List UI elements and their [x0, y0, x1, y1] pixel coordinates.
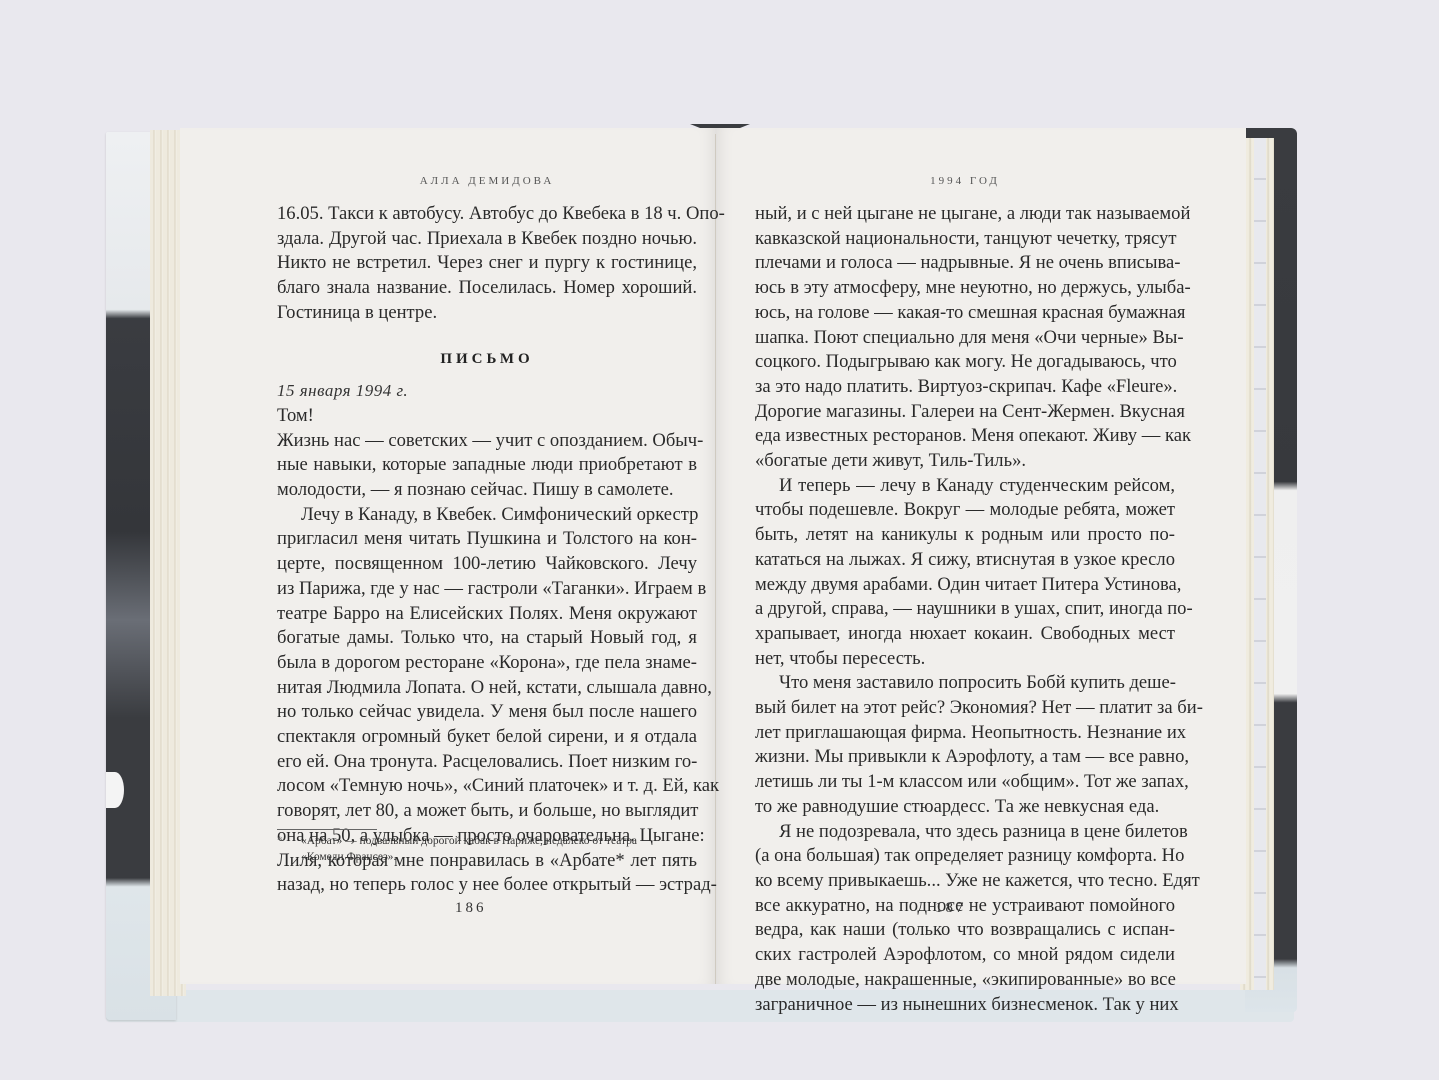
- endpaper-ruled-lines: [1254, 138, 1266, 990]
- footnote-line: «Арбат» — подвальный дорогой кабак в Пар…: [277, 833, 697, 849]
- footnote: * «Арбат» — подвальный дорогой кабак в П…: [277, 833, 697, 865]
- text-line: 16.05. Такси к автобусу. Автобус до Квеб…: [277, 202, 697, 227]
- intro-paragraph: 16.05. Такси к автобусу. Автобус до Квеб…: [277, 202, 697, 326]
- text-line: молодости, — я познаю сейчас. Пишу в сам…: [277, 478, 697, 503]
- text-line: Никто не встретил. Через снег и пургу к …: [277, 251, 697, 276]
- text-line: богатые дамы. Только что, на старый Новы…: [277, 626, 697, 651]
- text-line: кататься на лыжах. Я сижу, втиснутая в у…: [755, 548, 1175, 573]
- text-line: юсь, на голове — какая-то смешная красна…: [755, 301, 1175, 326]
- text-line: кавказской национальности, танцуют чечет…: [755, 227, 1175, 252]
- section-title: ПИСЬМО: [277, 347, 697, 372]
- text-line: нитая Людмила Лопата. О ней, кстати, слы…: [277, 676, 697, 701]
- paragraph-ticket: Что меня заставило попросить Бобй купить…: [755, 671, 1175, 819]
- text-line: летишь ли ты 1-м классом или «общим». То…: [755, 770, 1175, 795]
- text-line: здала. Другой час. Приехала в Квебек поз…: [277, 227, 697, 252]
- text-line: лет приглашающая фирма. Неопытность. Нез…: [755, 721, 1175, 746]
- text-line: две молодые, накрашенные, «экипированные…: [755, 968, 1175, 993]
- text-line: ских гастролей Аэрофлотом, со мной рядом…: [755, 943, 1175, 968]
- text-line: говорят, лет 80, а может быть, и больше,…: [277, 799, 697, 824]
- footnote-mark: *: [277, 833, 283, 849]
- text-line: вый билет на этот рейс? Экономия? Нет — …: [755, 696, 1175, 721]
- text-line: плечами и голоса — надрывные. Я не очень…: [755, 251, 1175, 276]
- letter-date: 15 января 1994 г.: [277, 379, 697, 404]
- text-line: быть, летят на каникулы к родным или про…: [755, 523, 1175, 548]
- text-line: юсь в эту атмосферу, мне неуютно, но дер…: [755, 276, 1175, 301]
- text-line: шапка. Поют специально для меня «Очи чер…: [755, 326, 1175, 351]
- text-line: Гостиница в центре.: [277, 301, 697, 326]
- right-page-text: ный, и с ней цыгане не цыгане, а люди та…: [755, 202, 1175, 1017]
- text-line: ведра, как наши (только что возвращались…: [755, 918, 1175, 943]
- text-line: театре Барро на Елисейских Полях. Меня о…: [277, 602, 697, 627]
- letter-salutation: Том!: [277, 404, 697, 429]
- text-line: его ей. Она тронута. Расцеловались. Поет…: [277, 750, 697, 775]
- text-line: Жизнь нас — советских — учит с опоздание…: [277, 429, 697, 454]
- right-page-number: 187: [935, 900, 967, 917]
- text-line: Дорогие магазины. Галереи на Сент-Жермен…: [755, 400, 1175, 425]
- text-line: заграничное — из нынешних бизнесменок. Т…: [755, 993, 1175, 1018]
- left-page-number: 186: [455, 900, 487, 917]
- text-line: пригласил меня читать Пушкина и Толстого…: [277, 527, 697, 552]
- text-line: а другой, справа, — наушники в ушах, спи…: [755, 597, 1175, 622]
- text-line: но только сейчас увидела. У меня был пос…: [277, 700, 697, 725]
- text-line: соцкого. Подыгрываю как могу. Не догадыв…: [755, 350, 1175, 375]
- continued-paragraph: ный, и с ней цыгане не цыгане, а люди та…: [755, 202, 1175, 474]
- text-line: спектакля огромный букет белой сирени, и…: [277, 725, 697, 750]
- text-line: лосом «Темную ночь», «Синий платочек» и …: [277, 774, 697, 799]
- right-running-head: 1994 ГОД: [755, 175, 1175, 187]
- letter-paragraph-1: Жизнь нас — советских — учит с опоздание…: [277, 429, 697, 503]
- text-line: Лечу в Канаду, в Квебек. Симфонический о…: [277, 503, 697, 528]
- cover-photo-fragment: [106, 772, 124, 808]
- paragraph-flight: И теперь — лечу в Канаду студенческим ре…: [755, 474, 1175, 672]
- footnote-rule: [277, 829, 377, 830]
- text-line: храпывает, иногда нюхает кокаин. Свободн…: [755, 622, 1175, 647]
- text-line: еда известных ресторанов. Меня опекают. …: [755, 424, 1175, 449]
- text-line: то же равнодушие стюардесс. Та же невкус…: [755, 795, 1175, 820]
- text-line: жизни. Мы привыкли к Аэрофлоту, а там — …: [755, 745, 1175, 770]
- text-line: Я не подозревала, что здесь разница в це…: [755, 820, 1175, 845]
- text-line: за это надо платить. Виртуоз-скрипач. Ка…: [755, 375, 1175, 400]
- text-line: церте, посвященном 100-летию Чайковского…: [277, 552, 697, 577]
- text-line: между двумя арабами. Один читает Питера …: [755, 573, 1175, 598]
- text-line: была в дорогом ресторане «Корона», где п…: [277, 651, 697, 676]
- text-line: из Парижа, где у нас — гастроли «Таганки…: [277, 577, 697, 602]
- book-gutter: [715, 134, 716, 984]
- footnote-line: «Комеди Франсез».: [277, 849, 697, 865]
- left-page-text: 16.05. Такси к автобусу. Автобус до Квеб…: [277, 202, 697, 898]
- text-line: И теперь — лечу в Канаду студенческим ре…: [755, 474, 1175, 499]
- left-running-head: АЛЛА ДЕМИДОВА: [277, 175, 697, 187]
- text-line: ные навыки, которые западные люди приобр…: [277, 453, 697, 478]
- text-line: ный, и с ней цыгане не цыгане, а люди та…: [755, 202, 1175, 227]
- text-line: «богатые дети живут, Тиль-Тиль».: [755, 449, 1175, 474]
- text-line: чтобы подешевле. Вокруг — молодые ребята…: [755, 498, 1175, 523]
- text-line: благо знала название. Поселилась. Номер …: [277, 276, 697, 301]
- paragraph-comfort: Я не подозревала, что здесь разница в це…: [755, 820, 1175, 1018]
- text-line: нет, чтобы пересесть.: [755, 647, 1175, 672]
- text-line: Что меня заставило попросить Бобй купить…: [755, 671, 1175, 696]
- text-line: назад, но теперь голос у нее более откры…: [277, 873, 697, 898]
- text-line: ко всему привыкаешь... Уже не кажется, ч…: [755, 869, 1175, 894]
- text-line: (а она большая) так определяет разницу к…: [755, 844, 1175, 869]
